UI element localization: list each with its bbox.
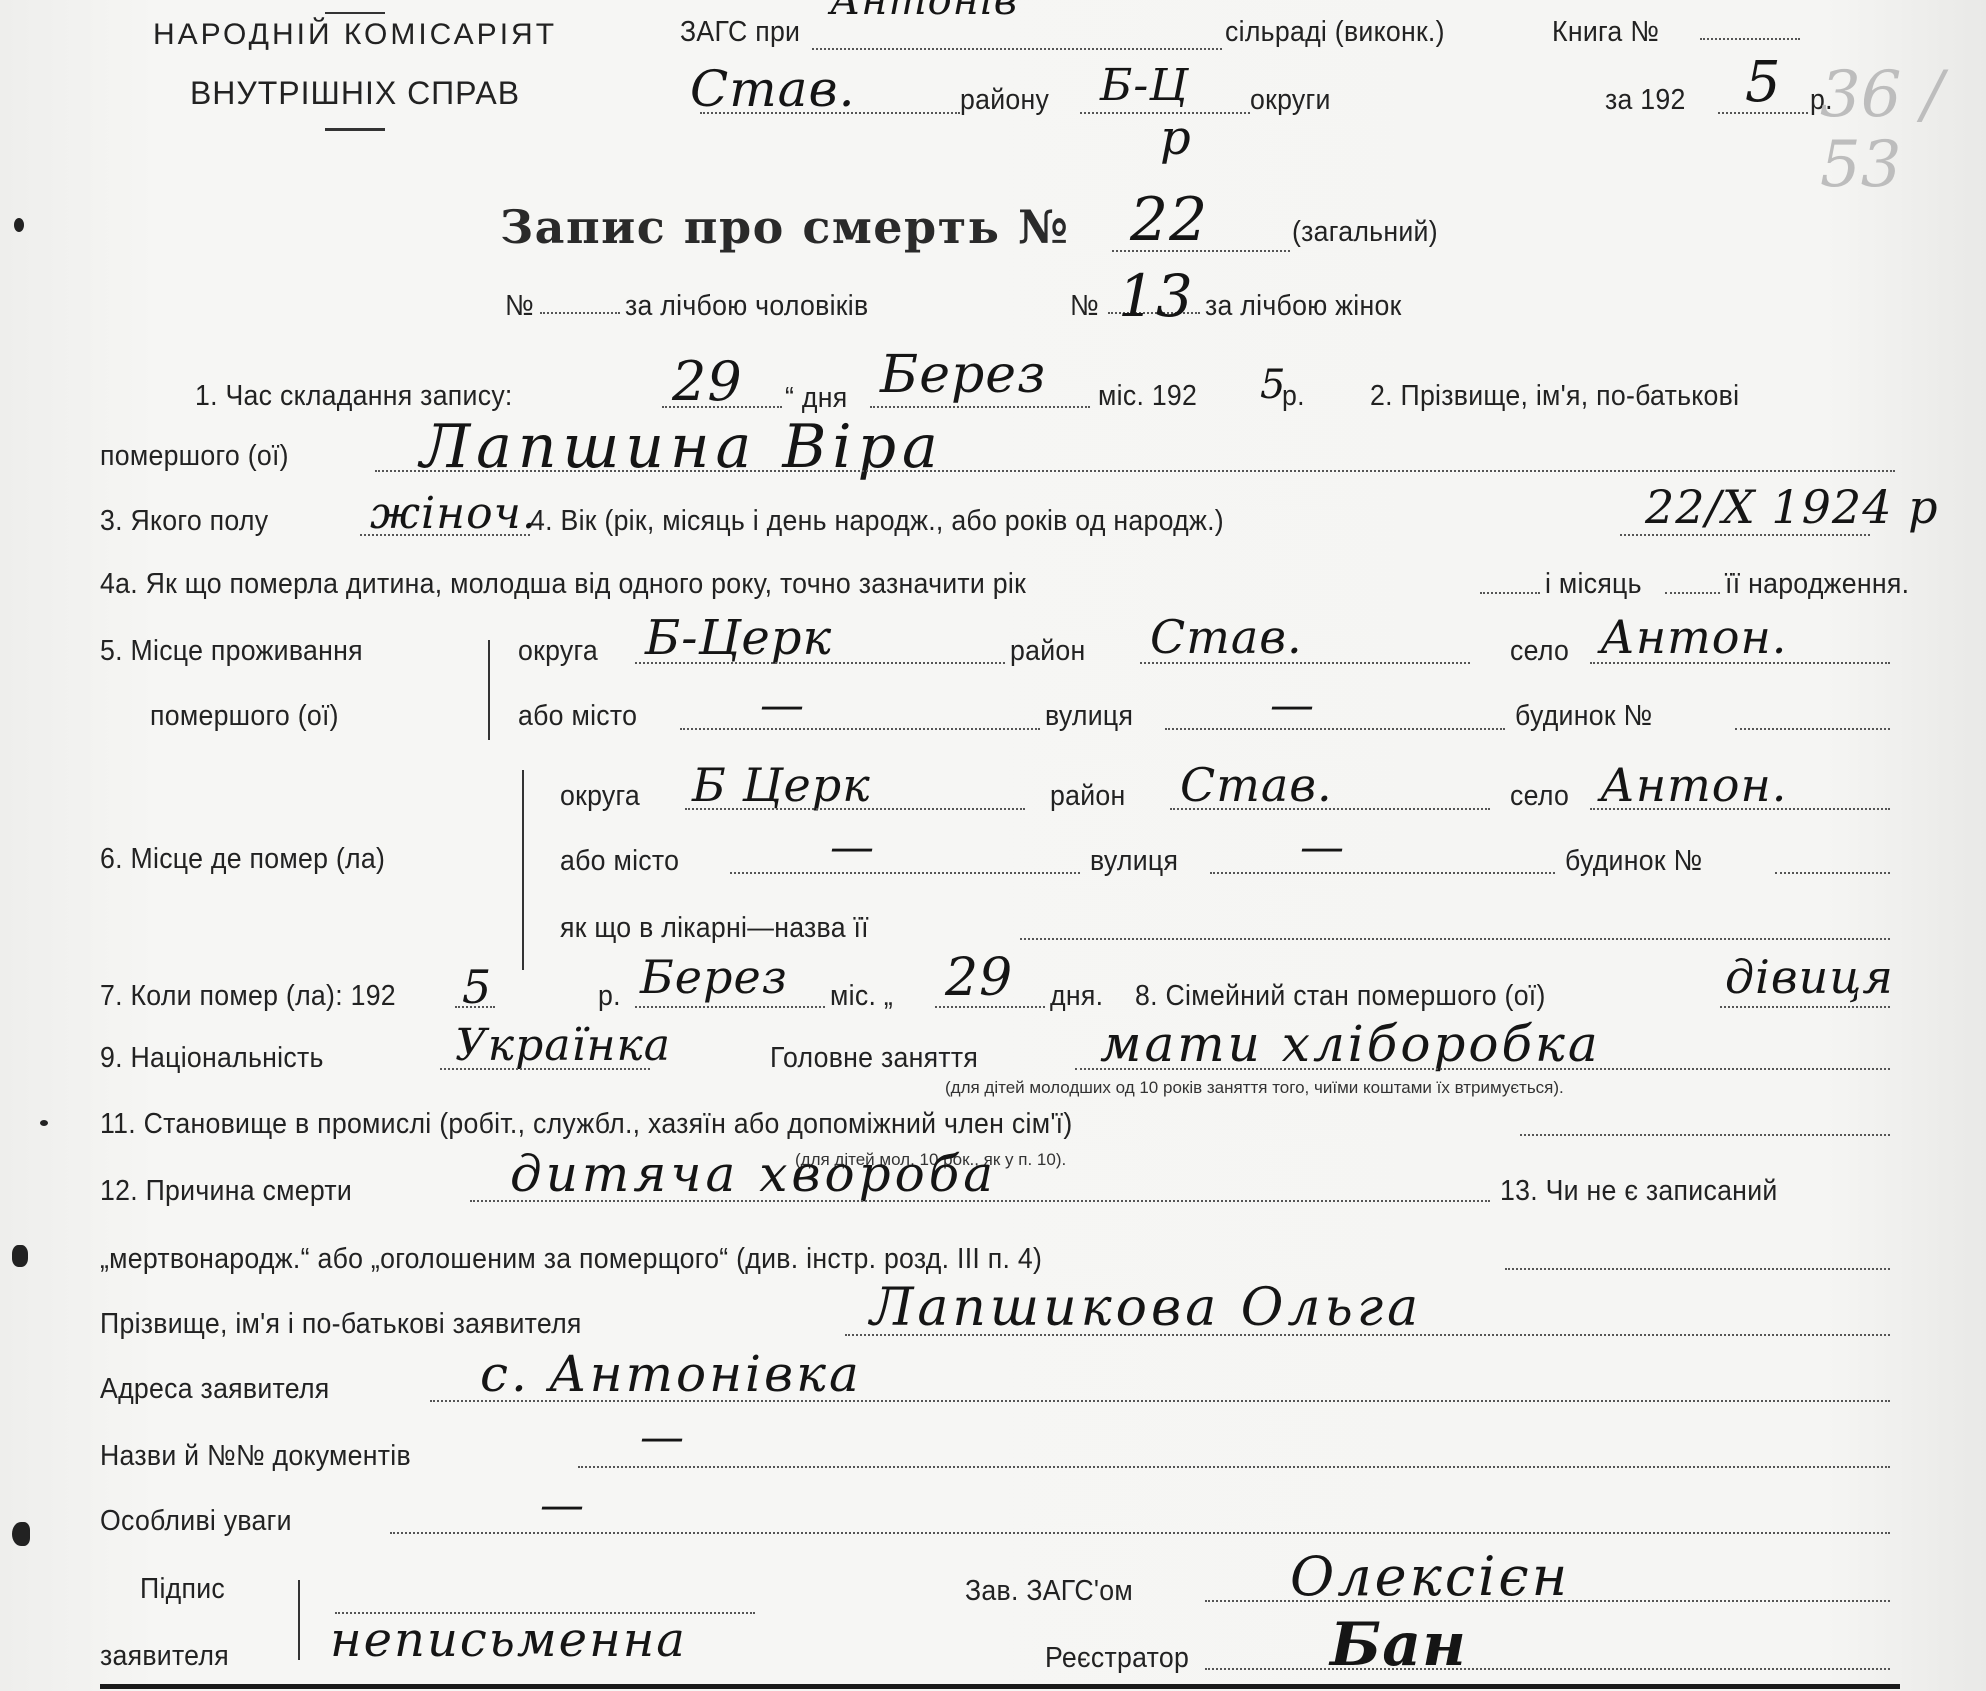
bottom-rule: [100, 1684, 1900, 1689]
f8-field[interactable]: [1720, 1006, 1890, 1008]
year-value: 5: [1745, 50, 1782, 115]
women-label: за лічбою жінок: [1205, 290, 1402, 323]
f1-day-field[interactable]: [662, 406, 782, 408]
margin-note: 36 / 53: [1820, 60, 1960, 201]
nationality-field[interactable]: [440, 1068, 650, 1070]
divider: [325, 12, 385, 14]
margin-mark: [12, 1245, 28, 1267]
f13-field[interactable]: [1505, 1268, 1890, 1270]
deceased-name-field[interactable]: [375, 470, 1895, 472]
f5-okruha-field[interactable]: [635, 662, 1005, 664]
notes-value: —: [540, 1480, 585, 1531]
f5-selo-label: село: [1510, 635, 1569, 668]
women-prefix: №: [1070, 290, 1099, 323]
f5-rayon-label: район: [1010, 635, 1086, 668]
f5-misto: —: [760, 680, 805, 731]
docs-value: —: [640, 1412, 685, 1463]
f13-label: 13. Чи не є записаний: [1500, 1175, 1778, 1208]
record-number: 22: [1130, 185, 1208, 255]
f6-misto-label: або місто: [560, 845, 679, 878]
f4-label: 4. Вік (рік, місяць і день народж., або …: [530, 505, 1224, 538]
f5-selo: Антон.: [1600, 610, 1787, 664]
f6-vul-field[interactable]: [1210, 872, 1555, 874]
f4a-label: 4а. Як що померла дитина, молодша від од…: [100, 568, 1026, 601]
f7-mis: міс. „: [830, 980, 893, 1013]
signature-brace: [298, 1580, 300, 1660]
f6-label: 6. Місце де помер (ла): [100, 843, 385, 876]
f8-label: 8. Сімейний стан помершого (ої): [1135, 980, 1546, 1013]
f5-brace: [488, 640, 490, 740]
okruha-label: округи: [1250, 84, 1331, 117]
occupation-field[interactable]: [1075, 1068, 1890, 1070]
head-sig-line[interactable]: [1205, 1600, 1890, 1602]
f2-label-b: помершого (ої): [100, 440, 289, 473]
occupation-value: мати хліборобка: [1100, 1015, 1601, 1073]
notes-label: Особливі уваги: [100, 1505, 292, 1538]
cause-of-death-field[interactable]: [470, 1200, 1490, 1202]
okruha-extra: р: [1160, 110, 1192, 166]
registrar-sig-line[interactable]: [1205, 1668, 1890, 1670]
district-value: Став.: [690, 60, 855, 118]
year-label: за 192: [1605, 84, 1686, 117]
f6-okruha-label: округа: [560, 780, 640, 813]
applicant-addr-field[interactable]: [430, 1400, 1890, 1402]
f6-rayon-field[interactable]: [1170, 808, 1490, 810]
f7-month-field[interactable]: [635, 1006, 825, 1008]
f5-label-a: 5. Місце проживання: [100, 635, 363, 668]
margin-mark: [40, 1120, 48, 1126]
cause-of-death: дитяча хвороба: [510, 1145, 997, 1203]
f7-day-label: дня.: [1050, 980, 1103, 1013]
ministry-line-2: ВНУТРІШНІХ СПРАВ: [120, 75, 590, 112]
docs-label: Назви й №№ документів: [100, 1440, 411, 1473]
f7-year-field[interactable]: [455, 1006, 495, 1008]
applicant-signature: неписьменна: [330, 1612, 687, 1668]
f6-okruha: Б Церк: [692, 758, 871, 812]
f1-month-label: міс. 192: [1098, 380, 1197, 413]
f5-misto-field[interactable]: [680, 728, 1040, 730]
f6-hosp-label: як що в лікарні—назва її: [560, 912, 869, 945]
applicant-name: Лапшикова Ольга: [870, 1278, 1422, 1338]
silradi-label: сільраді (виконк.): [1225, 16, 1445, 49]
f1-month-field[interactable]: [870, 406, 1090, 408]
f6-hosp-field[interactable]: [1020, 938, 1890, 940]
book-field[interactable]: [1700, 38, 1800, 40]
f5-bud-label: будинок №: [1515, 700, 1652, 733]
f7-day: 29: [945, 948, 1013, 1008]
book-label: Книга №: [1552, 16, 1659, 49]
f11-label: 11. Становище в промислі (робіт., службл…: [100, 1108, 1073, 1141]
applicant-addr: с. Антонівка: [480, 1345, 862, 1403]
f7-month: Берез: [640, 950, 788, 1004]
f5-vul: —: [1270, 680, 1315, 731]
f5-okruha-label: округа: [518, 635, 598, 668]
f10-label: Головне заняття: [770, 1042, 978, 1075]
age-value: 22/X 1924 р: [1645, 480, 1939, 534]
men-label: за лічбою чоловіків: [625, 290, 868, 323]
f11-field[interactable]: [1520, 1134, 1890, 1136]
margin-mark: [12, 1522, 30, 1546]
f7-label: 7. Коли помер (ла): 192: [100, 980, 396, 1013]
f9-label: 9. Національність: [100, 1042, 324, 1075]
f6-bud-label: будинок №: [1565, 845, 1702, 878]
registrar-label: Реєстратор: [1045, 1642, 1189, 1675]
f4a-month-field[interactable]: [1665, 592, 1720, 594]
f5-bud-field[interactable]: [1735, 728, 1890, 730]
f6-bud-field[interactable]: [1775, 872, 1890, 874]
district-label: району: [960, 84, 1049, 117]
f1-month: Берез: [880, 345, 1046, 405]
f12-label: 12. Причина смерти: [100, 1175, 352, 1208]
applicant-addr-label: Адреса заявителя: [100, 1373, 330, 1406]
f5-vul-label: вулиця: [1045, 700, 1133, 733]
applicant-name-label: Прізвище, ім'я і по-батькові заявителя: [100, 1308, 582, 1341]
notes-field[interactable]: [390, 1532, 1890, 1534]
f10-note: (для дітей молодших од 10 років заняття …: [945, 1078, 1564, 1098]
applicant-sig-label-b: заявителя: [100, 1640, 229, 1673]
margin-mark: [14, 218, 24, 232]
f6-selo: Антон.: [1600, 758, 1787, 812]
zags-value: Антонів: [830, 0, 1018, 24]
divider: [325, 128, 385, 131]
f1-day-label: “ дня: [785, 382, 847, 415]
nationality-value: Українка: [455, 1020, 671, 1071]
f6-rayon: Став.: [1180, 758, 1333, 812]
f5-rayon-field[interactable]: [1140, 662, 1470, 664]
f5-selo-field[interactable]: [1590, 662, 1890, 664]
f1-day: 29: [672, 350, 743, 413]
f5-label-b: помершого (ої): [150, 700, 339, 733]
f1-label: 1. Час складання запису:: [195, 380, 513, 413]
sex-value: жіноч.: [370, 488, 537, 539]
f6-misto-field[interactable]: [730, 872, 1080, 874]
f8-value: дівиця: [1725, 950, 1894, 1004]
f6-selo-field[interactable]: [1590, 808, 1890, 810]
docs-field[interactable]: [578, 1466, 1890, 1468]
record-suffix: (загальний): [1292, 216, 1438, 249]
head-label: Зав. ЗАГС'ом: [965, 1575, 1133, 1608]
men-prefix: №: [505, 290, 534, 323]
zags-label: ЗАГС при: [680, 16, 800, 49]
f6-brace: [522, 770, 524, 970]
men-count-field[interactable]: [540, 312, 620, 314]
f6-vul-label: вулиця: [1090, 845, 1178, 878]
applicant-sig-label-a: Підпис: [140, 1573, 225, 1606]
f6-okruha-field[interactable]: [685, 808, 1025, 810]
sex-field[interactable]: [360, 534, 530, 536]
ministry-line-1: НАРОДНІЙ КОМІСАРІЯТ: [100, 18, 610, 52]
f7-r: р.: [598, 980, 621, 1013]
age-field[interactable]: [1620, 534, 1870, 536]
f5-vul-field[interactable]: [1165, 728, 1505, 730]
f4a-month-label: і місяць: [1545, 568, 1642, 601]
f5-okruha: Б-Церк: [645, 610, 832, 666]
f3-label: 3. Якого полу: [100, 505, 268, 538]
head-signature: Олексієн: [1290, 1545, 1570, 1608]
f6-selo-label: село: [1510, 780, 1569, 813]
f6-rayon-label: район: [1050, 780, 1126, 813]
f5-misto-label: або місто: [518, 700, 637, 733]
document-page: НАРОДНІЙ КОМІСАРІЯТ ВНУТРІШНІХ СПРАВ ЗАГ…: [0, 0, 1986, 1691]
women-count: 13: [1118, 262, 1194, 330]
f6-misto: —: [830, 822, 875, 873]
f7-day-field[interactable]: [935, 1006, 1045, 1008]
applicant-name-field[interactable]: [845, 1334, 1890, 1336]
zags-field[interactable]: [812, 48, 1222, 50]
f6-vul: —: [1300, 822, 1345, 873]
f13-label-b: „мертвонародж.“ або „оголошеним за помер…: [100, 1243, 1042, 1276]
district-field[interactable]: [700, 112, 960, 114]
f1-year-suffix: р.: [1282, 380, 1305, 413]
okruha-value: Б-Ц: [1100, 60, 1189, 111]
record-title: Запис про смерть №: [500, 200, 1069, 254]
f4a-year-field[interactable]: [1480, 592, 1540, 594]
f4a-suffix: її народження.: [1725, 568, 1909, 601]
f5-rayon: Став.: [1150, 610, 1303, 664]
f2-label: 2. Прізвище, ім'я, по-батькові: [1370, 380, 1739, 413]
